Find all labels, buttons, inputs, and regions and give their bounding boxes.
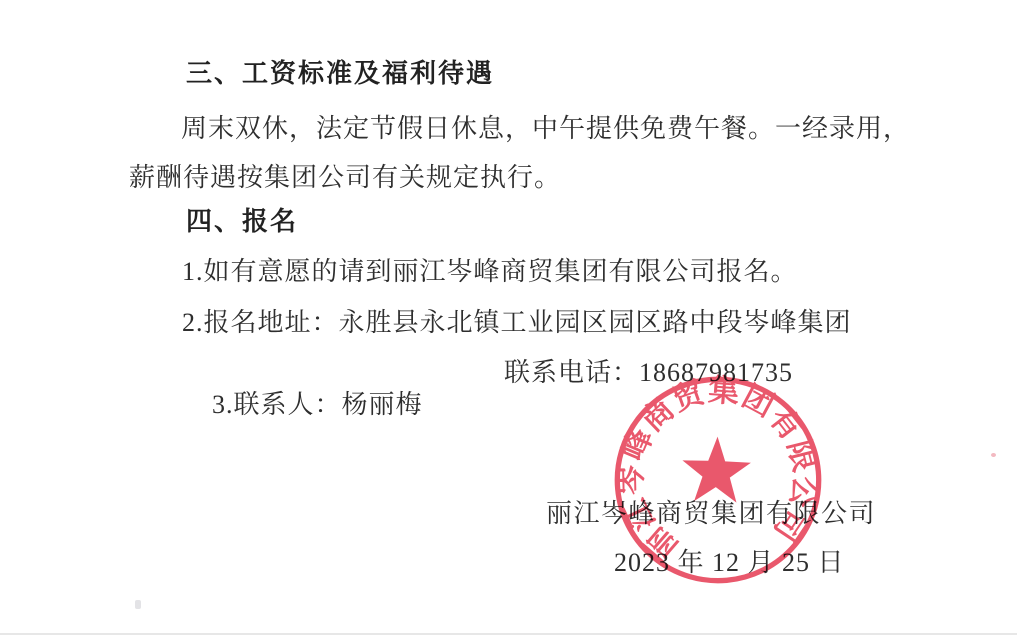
signup-item-2: 2.报名地址：永胜县永北镇工业园区园区路中段岑峰集团 xyxy=(182,307,852,339)
signup-item-1: 1.如有意愿的请到丽江岑峰商贸集团有限公司报名。 xyxy=(182,256,798,288)
document-page: 三、工资标准及福利待遇 周末双休，法定节假日休息，中午提供免费午餐。一经录用， … xyxy=(0,0,1017,635)
scan-speck-gray xyxy=(135,600,141,609)
salary-paragraph-line1: 周末双休，法定节假日休息，中午提供免费午餐。一经录用， xyxy=(181,113,910,145)
heading-signup: 四、报名 xyxy=(186,206,298,238)
scan-speck-red xyxy=(991,453,996,457)
signup-item-3: 3.联系人：杨丽梅 联系电话：18687981735 xyxy=(182,357,423,485)
company-seal-stamp: 丽江岑峰商贸集团有限公司 xyxy=(603,365,833,595)
heading-salary-benefits: 三、工资标准及福利待遇 xyxy=(186,58,494,90)
salary-paragraph-line2: 薪酬待遇按集团公司有关规定执行。 xyxy=(129,162,561,194)
star-icon xyxy=(681,435,752,503)
contact-person: 3.联系人：杨丽梅 xyxy=(212,390,423,419)
